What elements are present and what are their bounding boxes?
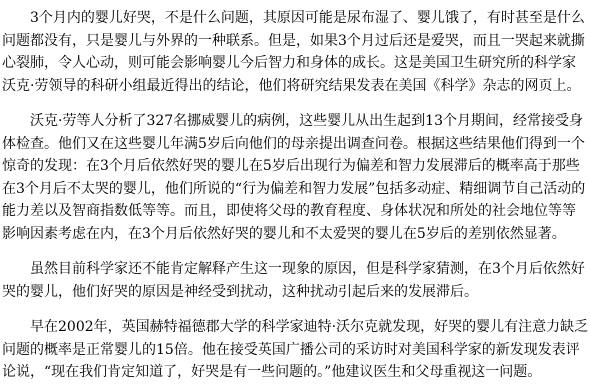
paragraph-study-findings: 沃克·劳等人分析了327名挪威婴儿的病例，这些婴儿从出生起到13个月期间，经常接… — [2, 110, 589, 245]
paragraph-2002-research: 早在2002年，英国赫特福德郡大学的科学家迪特·沃尔克就发现，好哭的婴儿有注意力… — [2, 316, 589, 384]
article-body: 3个月内的婴儿好哭，不是什么问题，其原因可能是尿布湿了、婴儿饿了，有时甚至是什么… — [0, 0, 590, 384]
paragraph-intro-crying-normal: 3个月内的婴儿好哭，不是什么问题，其原因可能是尿布湿了、婴儿饿了，有时甚至是什么… — [2, 7, 589, 97]
paragraph-scientists-guess: 虽然目前科学家还不能肯定解释产生这一现象的原因，但是科学家猜测，在3个月后依然好… — [2, 258, 589, 303]
